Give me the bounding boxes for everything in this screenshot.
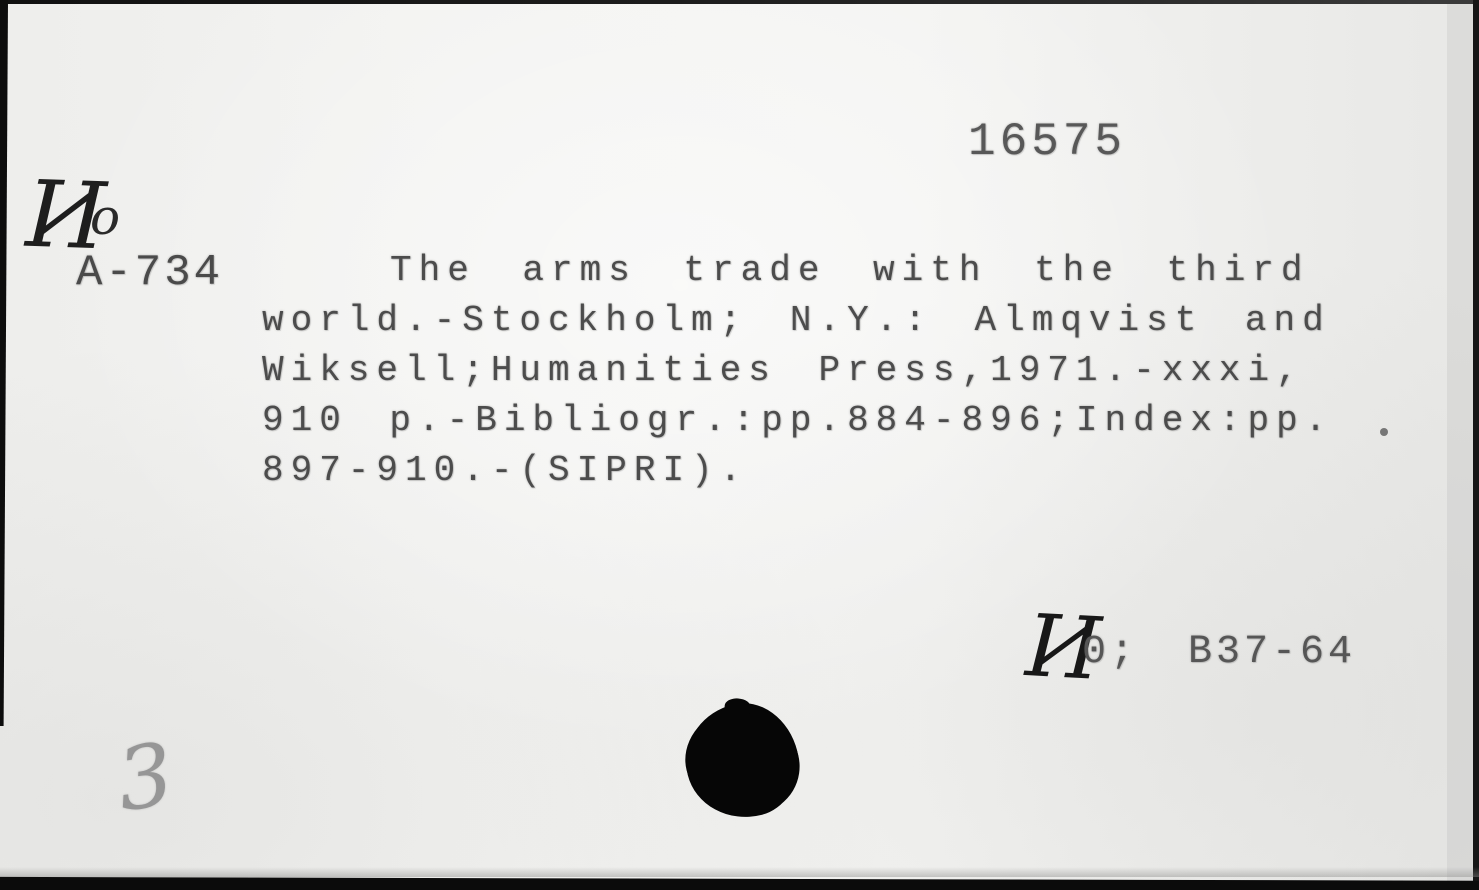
entry-line: world.-Stockholm; N.Y.: Almqvist and: [262, 296, 1422, 346]
handwritten-number-mark: 3: [111, 725, 179, 832]
entry-line: Wiksell;Humanities Press,1971.-xxxi,: [262, 346, 1422, 396]
scan-shadow-bottom: [0, 867, 1479, 877]
scan-border-right: [1473, 0, 1479, 890]
entry-line: 910 p.-Bibliogr.:pp.884-896;Index:pp.: [262, 396, 1422, 446]
accession-number: 16575: [968, 116, 1126, 168]
scan-border-top: [0, 0, 1479, 4]
catalog-card-scan: 16575 И o A-734 The arms trade with the …: [0, 0, 1479, 890]
entry-line: The arms trade with the third: [262, 246, 1422, 296]
entry-line: 897-910.-(SIPRI).: [262, 446, 1422, 496]
scan-speck: [1380, 428, 1388, 436]
catalog-entry: The arms trade with the third world.-Sto…: [262, 246, 1422, 496]
handwritten-class-mark-small-letter: o: [90, 188, 120, 246]
scan-shadow-right: [1447, 0, 1473, 890]
ink-blot: [674, 694, 809, 828]
scan-border-left: [0, 0, 8, 726]
bottom-class-annotation: 0; B37-64: [1082, 630, 1356, 675]
call-number: A-734: [76, 248, 223, 298]
